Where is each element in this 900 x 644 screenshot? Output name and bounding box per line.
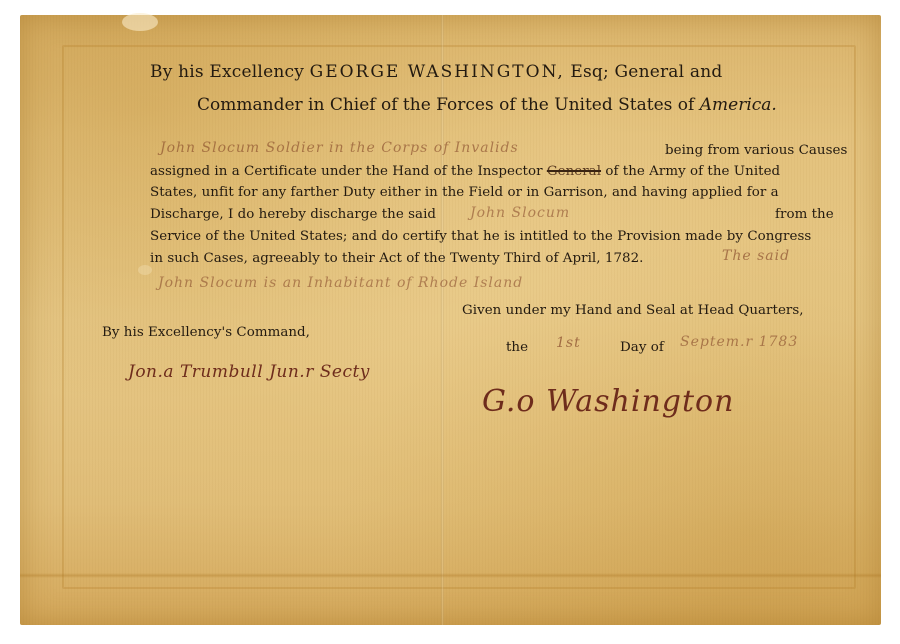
heading-name: GEORGE WASHINGTON, [310,62,565,82]
command-label: By his Excellency's Command, [102,325,310,340]
body-line-4: Discharge, I do hereby discharge the sai… [150,207,436,222]
handwritten-name-2: John Slocum [470,205,570,221]
handwritten-soldier-name: John Slocum Soldier in the Corps of Inva… [160,140,519,156]
document-page: By his Excellency GEORGE WASHINGTON, Esq… [0,0,900,644]
heading-line-2: Commander in Chief of the Forces of the … [197,95,777,115]
trumbull-signature: Jon.a Trumbull Jun.r Secty [128,362,370,382]
heading-suffix: Esq; General and [570,62,722,82]
date-month-year-handwritten: Septem.r 1783 [680,334,798,350]
body-line-2-prefix: assigned in a Certificate under the Hand… [150,164,543,179]
date-day-handwritten: 1st [556,335,581,351]
date-day-of: Day of [620,340,664,355]
body-line-4-prefix: Discharge, I do hereby discharge the sai… [150,207,436,222]
heading-america: America. [700,95,777,115]
body-line-2-suffix: of the Army of the United [605,164,780,179]
paper-stain [122,13,158,31]
horizontal-stain-line [20,573,881,578]
handwritten-the-said: The said [722,248,790,264]
body-line-4-suffix: from the [775,207,834,222]
given-under-hand-line: Given under my Hand and Seal at Head Qua… [462,303,804,318]
paper-stain [138,265,152,275]
body-line-1: being from various Causes [665,143,847,158]
heading-line2-text: Commander in Chief of the Forces of the … [197,95,694,115]
washington-signature: G.o Washington [482,384,734,419]
body-line-3: States, unfit for any farther Duty eithe… [150,185,779,200]
heading-prefix: By his Excellency [150,62,304,82]
handwritten-inhabitant-note: John Slocum is an Inhabitant of Rhode Is… [158,275,523,291]
body-line-5: Service of the United States; and do cer… [150,229,811,244]
date-prefix: the [506,340,528,355]
struck-word-general: General [547,164,601,179]
body-line-6: in such Cases, agreeably to their Act of… [150,251,643,266]
body-line-2: assigned in a Certificate under the Hand… [150,164,780,179]
heading-line-1: By his Excellency GEORGE WASHINGTON, Esq… [150,62,722,82]
